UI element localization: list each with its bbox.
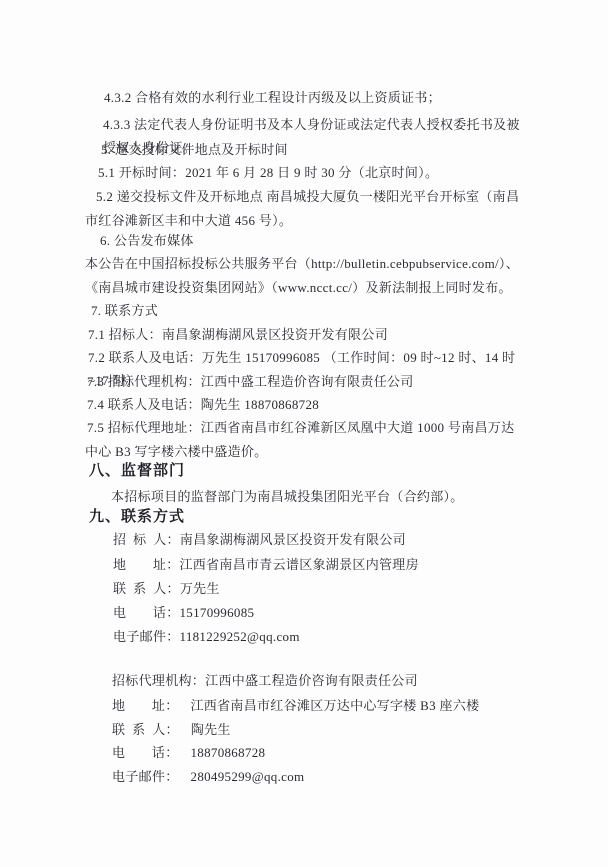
agency-address-label: 地 址： — [112, 695, 179, 717]
agency-email-label: 电子邮件： — [112, 766, 179, 788]
clause-7-1: 7.1 招标人：南昌象湖梅湖风景区投资开发有限公司 — [88, 323, 526, 346]
agency-phone-value: 18870868728 — [191, 745, 266, 760]
clause-5-2: 5.2 递交投标文件及开标地点 南昌城投大厦负一楼阳光平台开标室（南昌市红谷滩新… — [85, 185, 526, 233]
clause-7-4: 7.4 联系人及电话：陶先生 18870868728 — [87, 393, 526, 416]
tenderer-contact-row: 联 系 人：万先生 — [113, 578, 548, 600]
clause-7-5: 7.5 招标代理地址：江西省南昌市红谷滩新区凤凰中大道 1000 号南昌万达中心… — [85, 416, 526, 464]
tenderer-email-value: 1181229252@qq.com — [180, 629, 300, 644]
agency-contact-value: 陶先生 — [191, 722, 231, 737]
tenderer-address-row: 地 址：江西省南昌市青云谱区象湖景区内管理房 — [113, 554, 548, 576]
tenderer-phone-row: 电 话：15170996085 — [113, 602, 548, 624]
tenderer-name-value: 南昌象湖梅湖风景区投资开发有限公司 — [180, 532, 406, 547]
agency-email-value: 280495299@qq.com — [191, 769, 305, 784]
clause-5-1: 5.1 开标时间：2021 年 6 月 28 日 9 时 30 分（北京时间）。 — [98, 161, 526, 184]
announcement-media-paragraph: 本公告在中国招标投标公共服务平台（http://bulletin.cebpubs… — [85, 252, 526, 300]
tenderer-phone-value: 15170996085 — [180, 605, 255, 620]
tenderer-name-label: 招 标 人： — [113, 529, 180, 551]
tenderer-name-row: 招 标 人：南昌象湖梅湖风景区投资开发有限公司 — [113, 529, 548, 551]
section-9-heading: 九、联系方式 — [89, 505, 185, 526]
agency-name-value: 江西中盛工程造价咨询有限责任公司 — [205, 673, 418, 688]
agency-phone-label: 电 话： — [112, 742, 179, 764]
tenderer-contact-label: 联 系 人： — [113, 578, 180, 600]
tenderer-address-label: 地 址： — [113, 554, 180, 576]
tenderer-email-row: 电子邮件：1181229252@qq.com — [113, 626, 548, 648]
section-7-title: 7. 联系方式 — [91, 299, 526, 322]
tenderer-phone-label: 电 话： — [113, 602, 180, 624]
agency-contact-row: 联 系 人：陶先生 — [112, 719, 548, 741]
document-page: 4.3.2 合格有效的水利行业工程设计丙级及以上资质证书； 4.3.3 法定代表… — [0, 0, 608, 867]
section-5-title: 5. 递交投标文件地点及开标时间 — [101, 138, 526, 161]
tenderer-email-label: 电子邮件： — [113, 626, 180, 648]
tenderer-address-value: 江西省南昌市青云谱区象湖景区内管理房 — [180, 557, 419, 572]
agency-address-value: 江西省南昌市红谷滩区万达中心写字楼 B3 座六楼 — [191, 698, 480, 713]
agency-name-row: 招标代理机构：江西中盛工程造价咨询有限责任公司 — [112, 670, 548, 692]
agency-name-label: 招标代理机构： — [112, 670, 205, 692]
agency-contact-label: 联 系 人： — [112, 719, 179, 741]
agency-phone-row: 电 话：18870868728 — [112, 742, 548, 764]
agency-address-row: 地 址：江西省南昌市红谷滩区万达中心写字楼 B3 座六楼 — [112, 695, 548, 717]
agency-email-row: 电子邮件：280495299@qq.com — [112, 766, 548, 788]
tenderer-contact-value: 万先生 — [180, 581, 220, 596]
section-6-title: 6. 公告发布媒体 — [100, 229, 526, 252]
section-8-heading: 八、监督部门 — [89, 459, 185, 480]
clause-4-3-2: 4.3.2 合格有效的水利行业工程设计丙级及以上资质证书； — [104, 86, 526, 109]
clause-7-3: 7.3 招标代理机构：江西中盛工程造价咨询有限责任公司 — [87, 370, 526, 393]
